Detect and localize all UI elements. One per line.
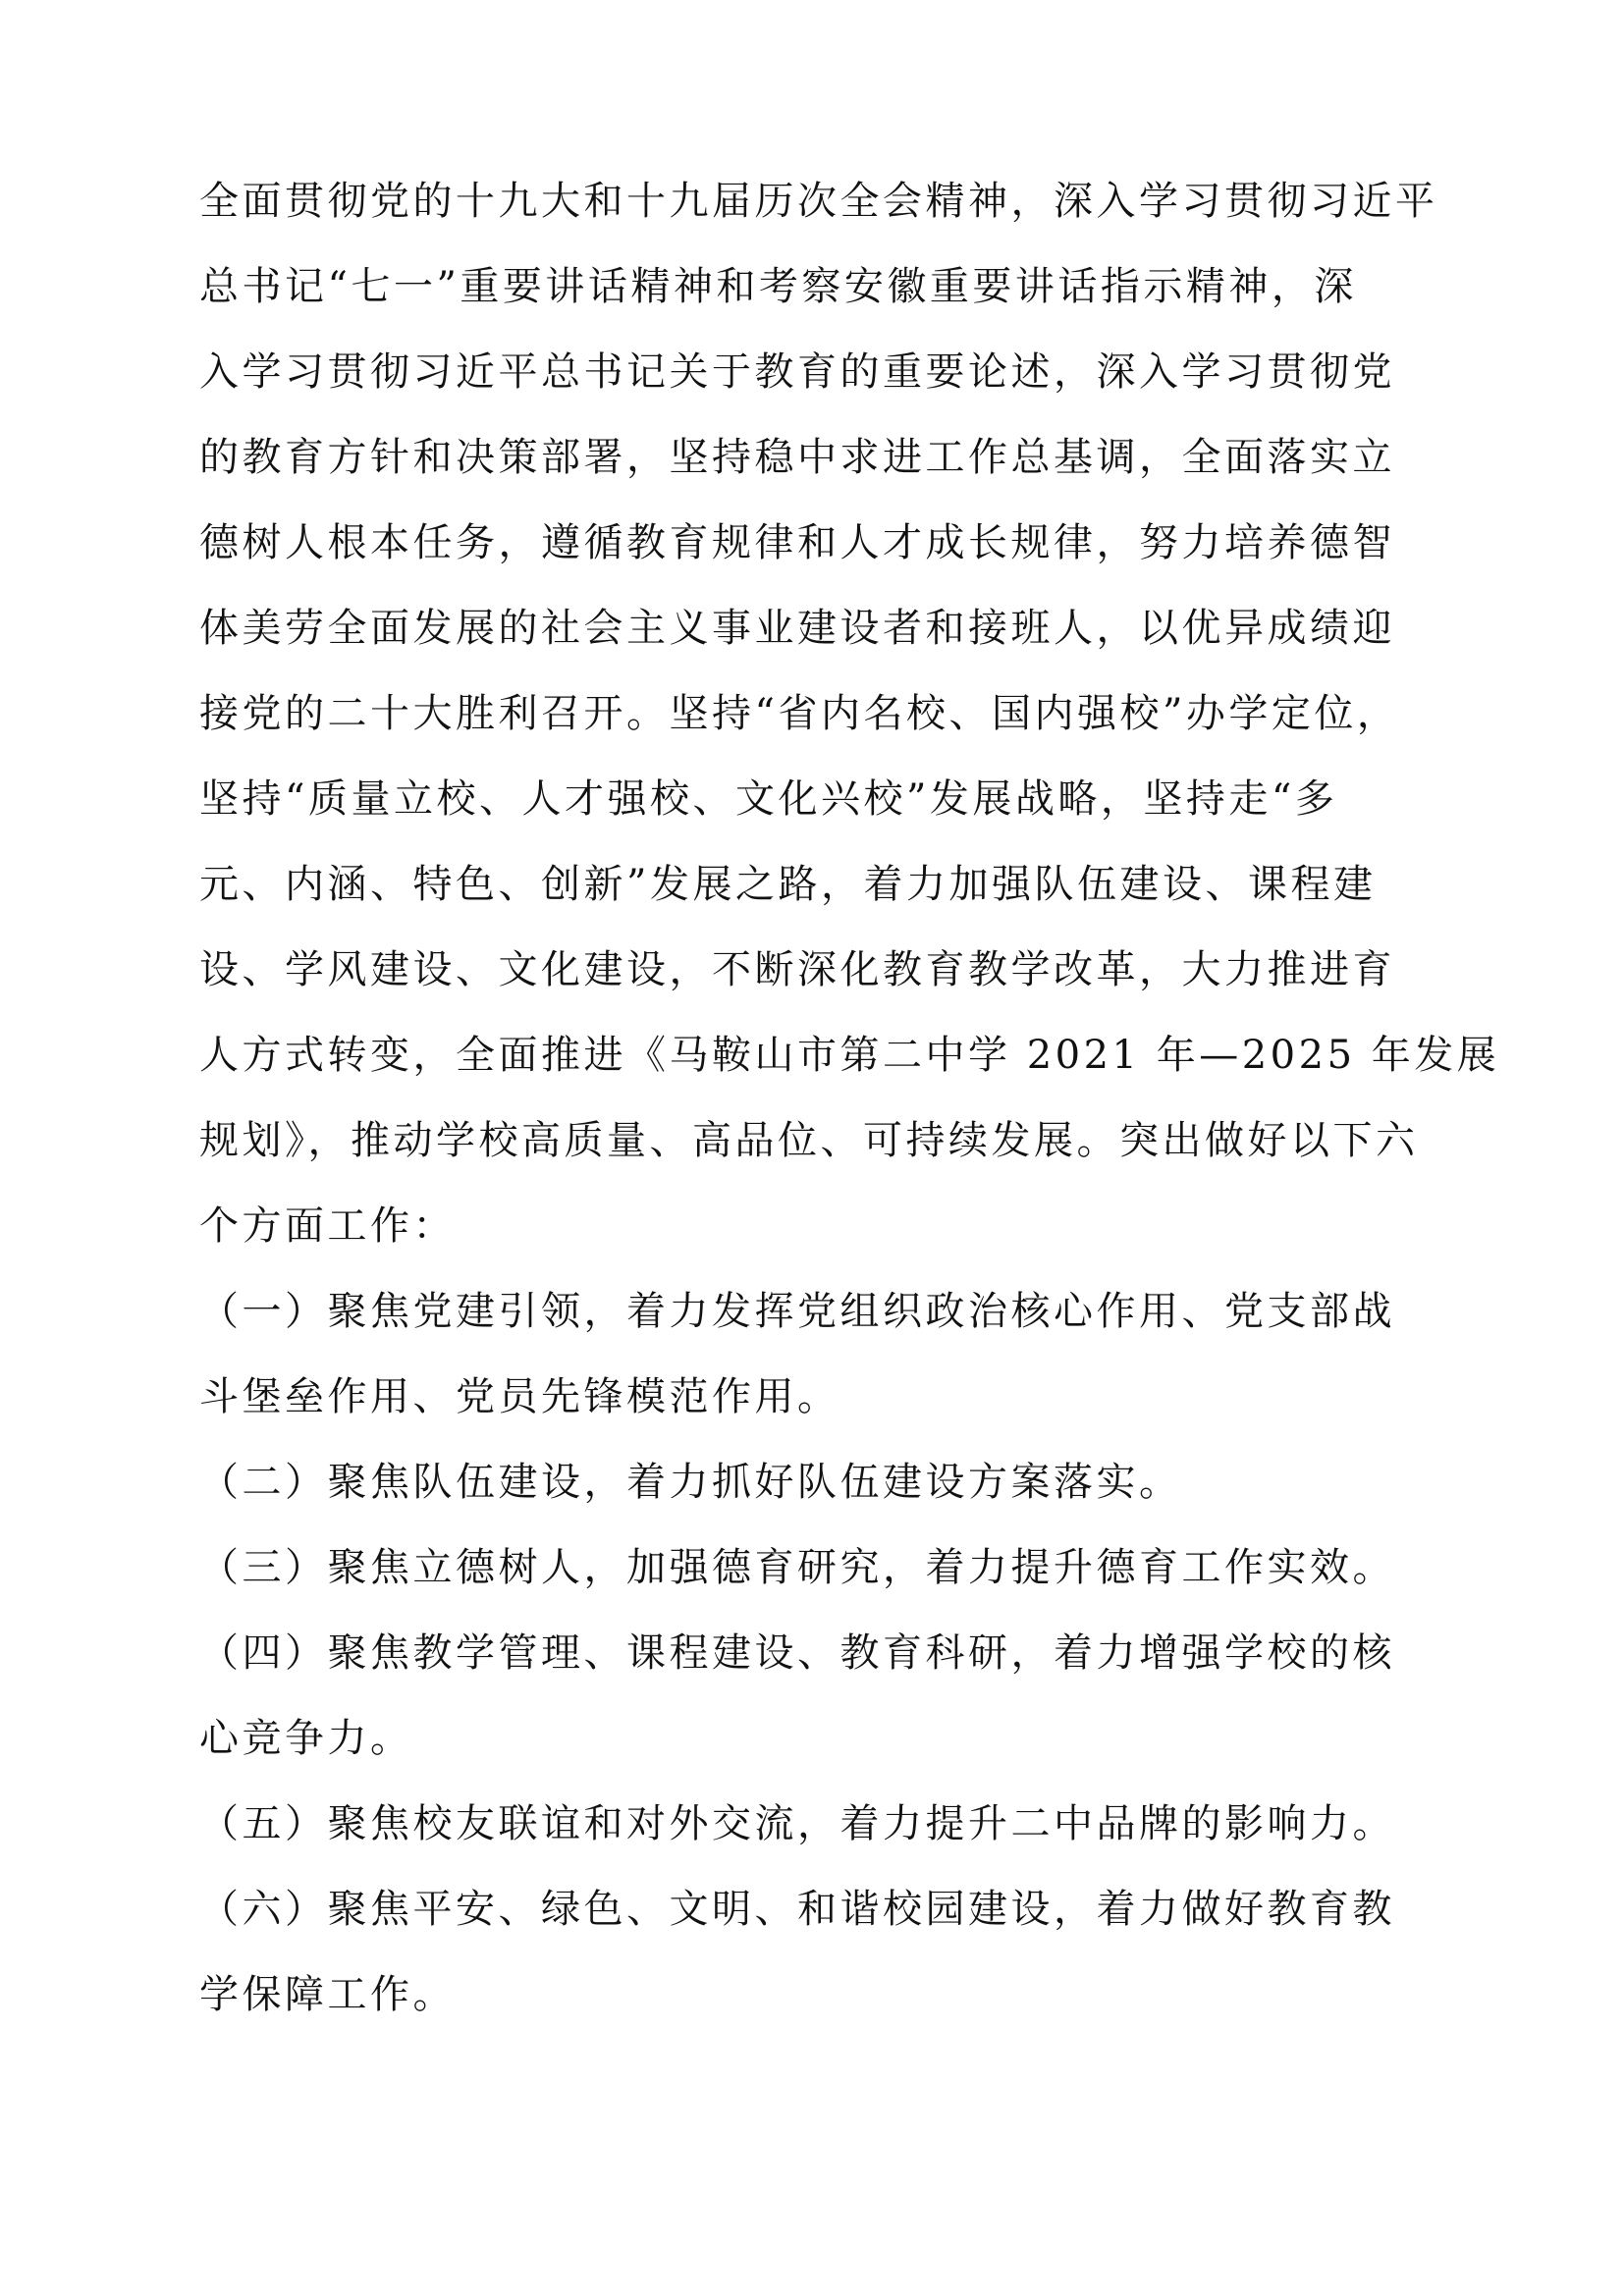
list-item-2-line: （二）聚焦队伍建设，着力抓好队伍建设方案落实。 — [199, 1453, 1456, 1512]
list-item-5-line: （五）聚焦校友联谊和对外交流，着力提升二中品牌的影响力。 — [199, 1794, 1456, 1853]
paragraph-line: 体美劳全面发展的社会主义事业建设者和接班人，以优异成绩迎 — [199, 599, 1456, 658]
paragraph-line: 的教育方针和决策部署，坚持稳中求进工作总基调，全面落实立 — [199, 428, 1456, 487]
paragraph-line: 个方面工作： — [199, 1197, 1456, 1255]
paragraph-line: 规划》，推动学校高质量、高品位、可持续发展。突出做好以下六 — [199, 1111, 1456, 1170]
list-item-6-line: 学保障工作。 — [199, 1965, 1456, 2024]
list-item-3-line: （三）聚焦立德树人，加强德育研究，着力提升德育工作实效。 — [199, 1538, 1456, 1597]
list-item-6-line: （六）聚焦平安、绿色、文明、和谐校园建设，着力做好教育教 — [199, 1880, 1456, 1939]
paragraph-line: 接党的二十大胜利召开。坚持“省内名校、国内强校”办学定位， — [199, 684, 1456, 743]
document-page: 全面贯彻党的十九大和十九届历次全会精神，深入学习贯彻习近平 总书记“七一”重要讲… — [0, 0, 1624, 2296]
list-item-1-line: 斗堡垒作用、党员先锋模范作用。 — [199, 1367, 1456, 1426]
paragraph-line: 入学习贯彻习近平总书记关于教育的重要论述，深入学习贯彻党 — [199, 343, 1456, 401]
list-item-4-line: 心竞争力。 — [199, 1709, 1456, 1768]
paragraph-line: 坚持“质量立校、人才强校、文化兴校”发展战略，坚持走“多 — [199, 770, 1456, 828]
paragraph-line: 总书记“七一”重要讲话精神和考察安徽重要讲话指示精神，深 — [199, 257, 1456, 316]
paragraph-line: 全面贯彻党的十九大和十九届历次全会精神，深入学习贯彻习近平 — [199, 172, 1456, 231]
list-item-1-line: （一）聚焦党建引领，着力发挥党组织政治核心作用、党支部战 — [199, 1282, 1456, 1341]
paragraph-line: 德树人根本任务，遵循教育规律和人才成长规律，努力培养德智 — [199, 513, 1456, 572]
list-item-4-line: （四）聚焦教学管理、课程建设、教育科研，着力增强学校的核 — [199, 1624, 1456, 1682]
paragraph-line: 人方式转变，全面推进《马鞍山市第二中学 2021 年—2025 年发展 — [199, 1026, 1456, 1085]
paragraph-line: 元、内涵、特色、创新”发展之路，着力加强队伍建设、课程建 — [199, 855, 1456, 914]
paragraph-line: 设、学风建设、文化建设，不断深化教育教学改革，大力推进育 — [199, 940, 1456, 999]
